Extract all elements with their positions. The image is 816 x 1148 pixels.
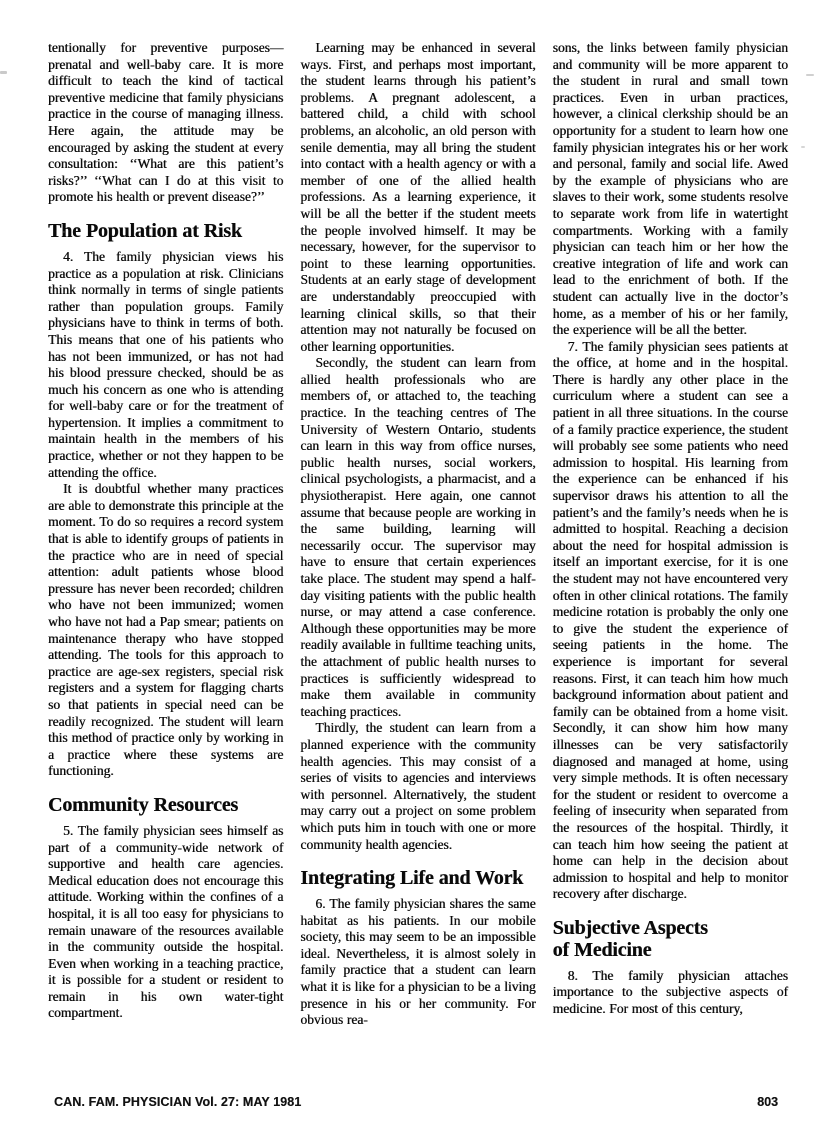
journal-citation: CAN. FAM. PHYSICIAN Vol. 27: MAY 1981 [54,1095,301,1109]
page-number: 803 [757,1095,778,1109]
paragraph: Secondly, the student can learn from all… [300,355,535,720]
scan-artifact [801,146,805,148]
article-columns: tentionally for preventive purposes—pren… [48,40,788,1029]
section-heading: The Population at Risk [48,220,283,242]
paragraph: 8. The family physician attaches importa… [553,968,788,1018]
paragraph: It is doubtful whether many practices ar… [48,481,283,780]
scan-artifact [806,74,814,76]
journal-page: tentionally for preventive purposes—pren… [0,0,816,1148]
scan-artifact [0,71,7,74]
text-column-2: Learning may be enhanced in several ways… [300,40,535,1029]
paragraph: tentionally for preventive purposes—pren… [48,40,283,206]
section-heading: Integrating Life and Work [300,867,535,889]
section-heading: Subjective Aspects of Medicine [553,917,788,961]
paragraph: 5. The family physician sees himself as … [48,823,283,1022]
paragraph: sons, the links between family physician… [553,40,788,339]
paragraph: Thirdly, the student can learn from a pl… [300,720,535,853]
paragraph: 6. The family physician shares the same … [300,896,535,1029]
scan-artifact [62,231,65,233]
section-heading: Community Resources [48,794,283,816]
paragraph: 4. The family physician views his practi… [48,249,283,481]
text-column-1: tentionally for preventive purposes—pren… [48,40,283,1029]
paragraph: 7. The family physician sees patients at… [553,339,788,903]
paragraph: Learning may be enhanced in several ways… [300,40,535,355]
text-column-3: sons, the links between family physician… [553,40,788,1029]
